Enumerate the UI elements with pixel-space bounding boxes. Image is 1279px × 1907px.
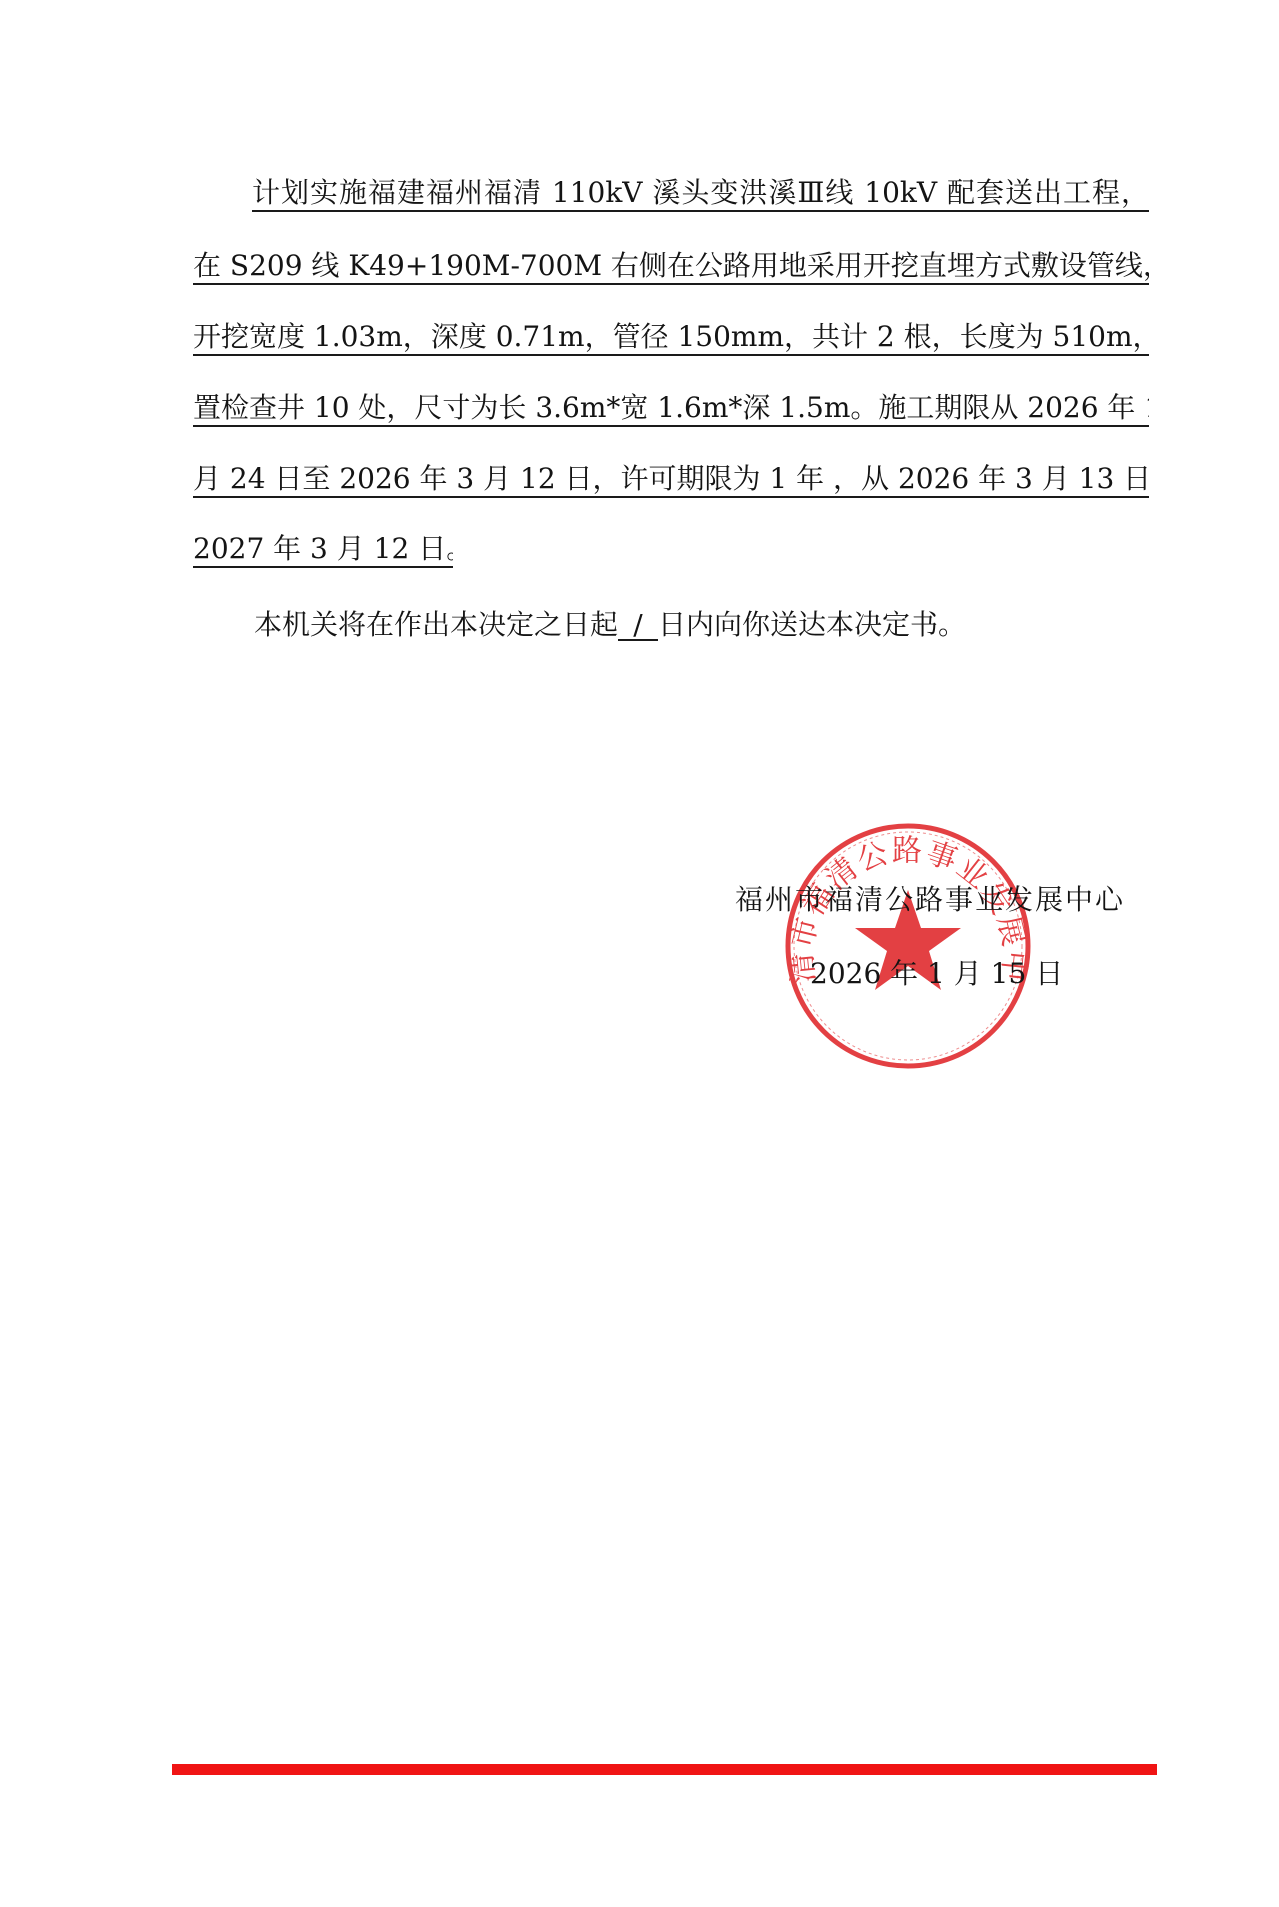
signing-organization: 福州市福清公路事业发展中心 (735, 883, 1125, 917)
paragraph-line-3: 开挖宽度 1.03m，深度 0.71m，管径 150mm，共计 2 根，长度为 … (193, 320, 1149, 356)
footer-red-rule (172, 1764, 1157, 1775)
delivery-days-blank: / (618, 611, 658, 641)
delivery-text-after: 日内向你送达本决定书。 (658, 608, 966, 641)
paragraph-line-1: 计划实施福建福州福清 110kV 溪头变洪溪Ⅲ线 10kV 配套送出工程， (252, 176, 1149, 212)
paragraph-line-2: 在 S209 线 K49+190M-700M 右侧在公路用地采用开挖直埋方式敷设… (193, 249, 1149, 285)
paragraph-line-5: 月 24 日至 2026 年 3 月 12 日，许可期限为 1 年 ，从 202… (193, 462, 1149, 498)
signing-date: 2026 年 1 月 15 日 (810, 957, 1063, 991)
delivery-text-before: 本机关将在作出本决定之日起 (254, 608, 618, 641)
paragraph-line-6: 2027 年 3 月 12 日。 (193, 532, 453, 568)
document-page: 计划实施福建福州福清 110kV 溪头变洪溪Ⅲ线 10kV 配套送出工程， 在 … (0, 0, 1279, 1907)
official-seal-icon: 福清市福清公路事业发展中心 (782, 820, 1034, 1072)
delivery-paragraph: 本机关将在作出本决定之日起/日内向你送达本决定书。 (254, 608, 966, 642)
paragraph-line-4: 置检查井 10 处，尺寸为长 3.6m*宽 1.6m*深 1.5m。施工期限从 … (193, 391, 1149, 427)
